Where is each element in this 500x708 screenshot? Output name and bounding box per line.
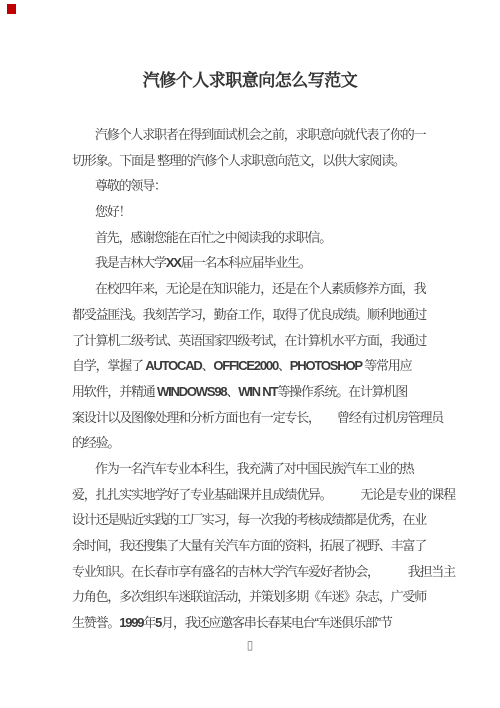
text-segment: 力角色，多次组织车迷联谊活动，并策划多期《车迷》杂志，广受师 [72,589,426,604]
text-segment: 首先，感谢您能在百忙之中阅读我的求职信。 [95,230,331,245]
text-segment: 等常用应 [362,358,412,373]
bold-text-segment: AUTOCAD [145,358,201,373]
paragraph-line: 切形象。下面是 整理的汽修个人求职意向范文，以供大家阅读。 [72,148,462,174]
text-segment: 您好！ [95,204,130,219]
paragraph-line: 用软件，并精通 WINDOWS98、WIN NT等操作系统。在计算机图 [72,379,462,405]
text-segment: 案设计以及图像处理和分析方面也有一定专长， 曾经有过机房管理员 [72,410,443,425]
paragraph-line: 专业知识。在长春市享有盛名的吉林大学汽车爱好者协会， 我担当主 [72,559,462,585]
text-segment: 的经验。 [72,435,119,450]
text-segment: 余时间，我还搜集了大量有关汽车方面的资料，拓展了视野、丰富了 [72,538,426,553]
paragraph-line: 自学，掌握了 AUTOCAD、OFFICE2000、PHOTOSHOP 等常用应 [72,353,462,379]
paragraph-line: 汽修个人求职者在得到面试机会之前，求职意向就代表了你的一 [72,122,462,148]
bold-text-segment: PHOTOSHOP [290,358,362,373]
paragraph-line: 在校四年来，无论是在知识能力，还是在个人素质修养方面，我 [72,276,462,302]
text-segment: 汽修个人求职者在得到面试机会之前，求职意向就代表了你的一 [95,127,425,142]
missing-glyph-icon: ▯ [0,638,500,652]
document-body: 汽修个人求职者在得到面试机会之前，求职意向就代表了你的一切形象。下面是 整理的汽… [72,122,462,636]
text-segment: 专业知识。在长春市享有盛名的吉林大学汽车爱好者协会， 我担当主 [72,564,455,579]
bold-text-segment: 1999 [119,615,143,630]
paragraph-line: 余时间，我还搜集了大量有关汽车方面的资料，拓展了视野、丰富了 [72,533,462,559]
page: { "document": { "title": "汽修个人求职意向怎么写范文"… [0,0,500,708]
text-segment: 我是吉林大学 [95,255,166,270]
paragraph-line: 案设计以及图像处理和分析方面也有一定专长， 曾经有过机房管理员 [72,405,462,431]
text-segment: 尊敬的领导： [95,178,166,193]
text-segment: 届一名本科应届毕业生。 [181,255,311,270]
paragraph-line: 您好！ [72,199,462,225]
bold-text-segment: WIN NT [238,384,277,399]
paragraph-line: 了计算机二级考试、英语国家四级考试，在计算机水平方面，我通过 [72,328,462,354]
text-segment: 生赞誉。 [72,615,119,630]
text-segment: 、 [226,384,238,399]
text-segment: 年 [143,615,155,630]
text-segment: 自学，掌握了 [72,358,145,373]
text-segment: 作为一名汽车专业本科生，我充满了对中国民族汽车工业的热 [95,461,414,476]
text-segment: 切形象。下面是 整理的汽修个人求职意向范文，以供大家阅读。 [72,153,405,168]
bold-text-segment: XX [166,255,181,270]
paragraph-line: 首先，感谢您能在百忙之中阅读我的求职信。 [72,225,462,251]
paragraph-line: 都受益匪浅。我刻苦学习，勤奋工作，取得了优良成绩。顺利地通过 [72,302,462,328]
text-segment: 用软件，并精通 [72,384,157,399]
paragraph-line: 生赞誉。1999年5月，我还应邀客串长春某电台“车迷俱乐部”节 [72,610,462,636]
text-segment: 等操作系统。在计算机图 [277,384,407,399]
text-segment: 、 [278,358,290,373]
bold-text-segment: WINDOWS98 [157,384,226,399]
paragraph-line: 作为一名汽车专业本科生，我充满了对中国民族汽车工业的热 [72,456,462,482]
document-title: 汽修个人求职意向怎么写范文 [0,66,500,91]
paragraph-line: 尊敬的领导： [72,173,462,199]
text-segment: 月，我还应邀客串长春某电台“车迷俱乐部”节 [161,615,391,630]
paragraph-line: 力角色，多次组织车迷联谊活动，并策划多期《车迷》杂志，广受师 [72,584,462,610]
red-corner-mark-icon [7,4,16,14]
text-segment: 都受益匪浅。我刻苦学习，勤奋工作，取得了优良成绩。顺利地通过 [72,307,426,322]
text-segment: 爱，扎扎实实地学好了专业基础课并且成绩优异。 无论是专业的课程 [72,487,455,502]
text-segment: 在校四年来，无论是在知识能力，还是在个人素质修养方面，我 [95,281,425,296]
text-segment: 、 [202,358,214,373]
paragraph-line: 设计还是贴近实践的工厂实习，每一次我的考核成绩都是优秀，在业 [72,507,462,533]
text-segment: 了计算机二级考试、英语国家四级考试，在计算机水平方面，我通过 [72,333,426,348]
bold-text-segment: OFFICE2000 [213,358,278,373]
text-segment: 设计还是贴近实践的工厂实习，每一次我的考核成绩都是优秀，在业 [72,512,426,527]
paragraph-line: 的经验。 [72,430,462,456]
paragraph-line: 爱，扎扎实实地学好了专业基础课并且成绩优异。 无论是专业的课程 [72,482,462,508]
paragraph-line: 我是吉林大学XX届一名本科应届毕业生。 [72,250,462,276]
